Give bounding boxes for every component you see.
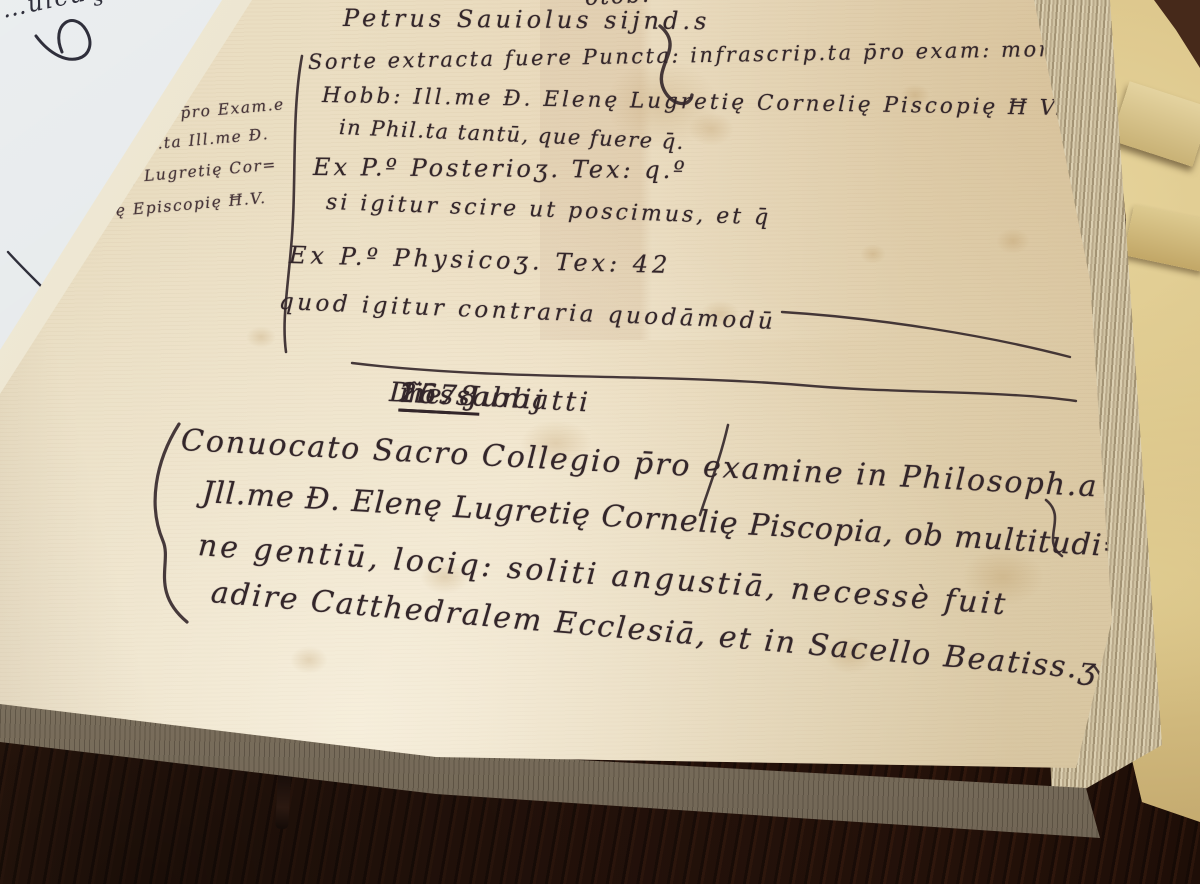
syndic-paraph-stroke [660, 26, 692, 104]
separator-stroke [352, 363, 1076, 401]
margin-bracket-stroke [285, 56, 302, 352]
manuscript-photo: …uicus s otob: Petrus Sauiolus sijnd.s S… [0, 0, 1200, 884]
quod-trailing-stroke [782, 312, 1070, 357]
paragraph-brace-stroke [155, 424, 187, 622]
philosophia-descender-stroke [1046, 500, 1062, 556]
collegio-ascender-stroke [700, 425, 728, 515]
